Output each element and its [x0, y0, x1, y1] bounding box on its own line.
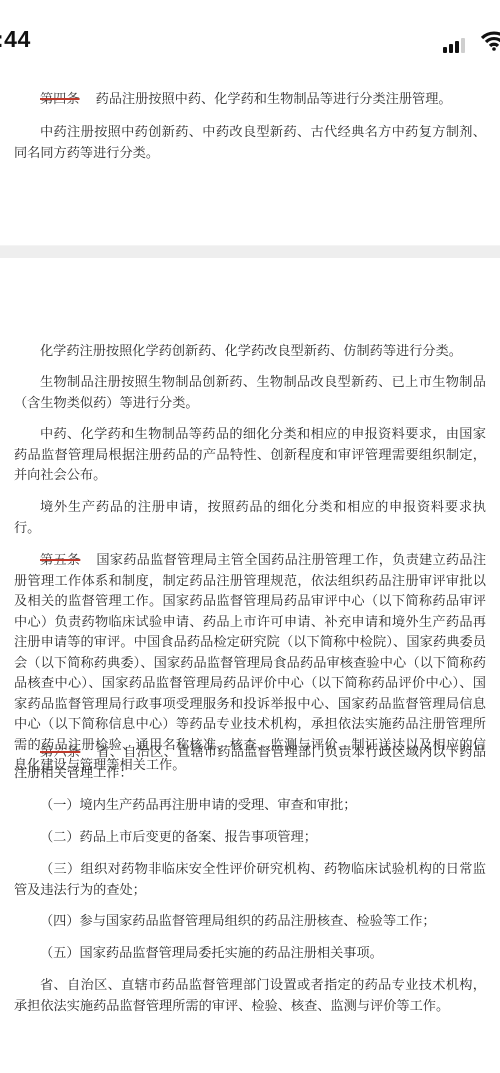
article-label: 第六条	[40, 745, 80, 760]
list-item: （二）药品上市后变更的备案、报告事项管理；	[14, 828, 486, 849]
cellular-signal-icon	[443, 37, 473, 53]
list-item: （四）参与国家药品监督管理局组织的药品注册核查、检验等工作；	[14, 912, 486, 933]
list-item: （三）组织对药物非临床安全性评价研究机构、药物临床试验机构的日常监管及违法行为的…	[14, 860, 486, 901]
status-bar: :44	[0, 0, 500, 70]
paragraph: 中药、化学药和生物制品等药品的细化分类和相应的申报资料要求，由国家药品监督管理局…	[14, 425, 486, 487]
paragraph: 境外生产药品的注册申请，按照药品的细化分类和相应的申报资料要求执行。	[14, 498, 486, 539]
document-page-1: 第四条药品注册按照中药、化学药和生物制品等进行分类注册管理。 中药注册按照中药创…	[0, 70, 500, 245]
article-label: 第四条	[40, 92, 80, 107]
list-item: （五）国家药品监督管理局委托实施的药品注册相关事项。	[14, 944, 486, 965]
wifi-icon	[481, 31, 500, 51]
list-item: （一）境内生产药品再注册申请的受理、审查和审批；	[14, 796, 486, 817]
paragraph: 生物制品注册按照生物制品创新药、生物制品改良型新药、已上市生物制品（含生物类似药…	[14, 373, 486, 414]
article-4-paragraph: 第四条药品注册按照中药、化学药和生物制品等进行分类注册管理。	[14, 90, 486, 111]
status-time: :44	[0, 26, 31, 53]
article-6-paragraph: 第六条省、自治区、直辖市药品监督管理部门负责本行政区域内以下药品注册相关管理工作…	[14, 743, 486, 784]
document-page-2: 化学药注册按照化学药创新药、化学药改良型新药、仿制药等进行分类。 生物制品注册按…	[0, 258, 500, 1073]
page-separator	[0, 245, 500, 259]
article-label: 第五条	[40, 553, 80, 568]
paragraph: 中药注册按照中药创新药、中药改良型新药、古代经典名方中药复方制剂、同名同方药等进…	[14, 123, 486, 164]
paragraph: 化学药注册按照化学药创新药、化学药改良型新药、仿制药等进行分类。	[14, 342, 486, 363]
paragraph: 省、自治区、直辖市药品监督管理部门设置或者指定的药品专业技术机构，承担依法实施药…	[14, 976, 486, 1017]
